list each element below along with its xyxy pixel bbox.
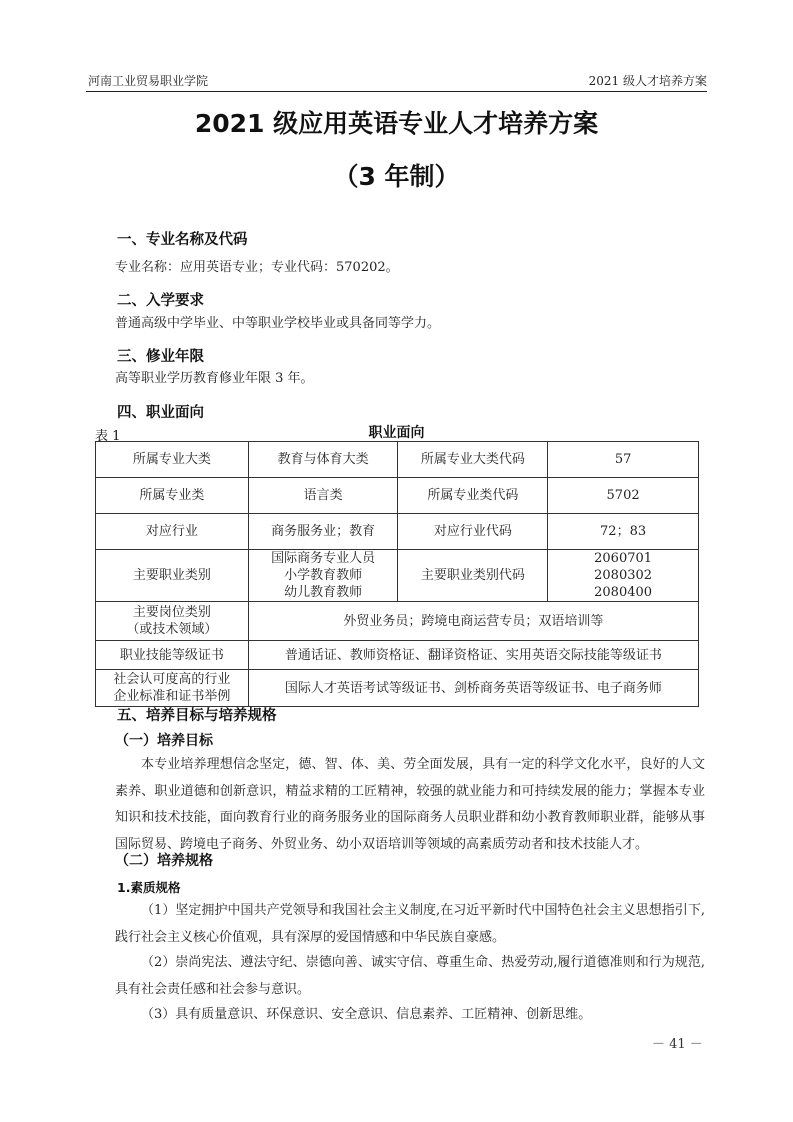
- table-cell: 对应行业代码: [398, 514, 548, 550]
- table-cell: 国际商务专业人员 小学教育教师 幼儿教育教师: [248, 550, 398, 602]
- table-cell: 所属专业类: [96, 478, 249, 514]
- table-row: 职业技能等级证书 普通话证、教师资格证、翻译资格证、实用英语交际技能等级证书: [96, 641, 699, 670]
- cell-line: 国际商务专业人员: [251, 550, 396, 567]
- table-cell: 2060701 2080302 2080400: [548, 550, 699, 602]
- running-header-right: 2021 级人才培养方案: [589, 73, 707, 89]
- document-subtitle: （3 年制）: [0, 157, 793, 193]
- cell-line: 主要岗位类别: [98, 604, 246, 621]
- table-cell: 职业技能等级证书: [96, 641, 249, 670]
- document-title: 2021 级应用英语专业人才培养方案: [0, 104, 793, 140]
- table-cell: 普通话证、教师资格证、翻译资格证、实用英语交际技能等级证书: [248, 641, 698, 670]
- section-1-text: 专业名称：应用英语专业；专业代码：570202。: [115, 260, 399, 276]
- table-cell: 国际人才英语考试等级证书、剑桥商务英语等级证书、电子商务师: [248, 670, 698, 707]
- header-rule: [86, 91, 707, 92]
- quality-spec-item-2: （2）崇尚宪法、遵法守纪、崇德向善、诚实守信、尊重生命、热爱劳动,履行道德准则和…: [115, 950, 705, 1003]
- table-row: 社会认可度高的行业 企业标准和证书举例 国际人才英语考试等级证书、剑桥商务英语等…: [96, 670, 699, 707]
- quality-spec-item-1: （1）坚定拥护中国共产党领导和我国社会主义制度,在习近平新时代中国特色社会主义思…: [115, 898, 705, 951]
- table-cell: 教育与体育大类: [248, 442, 398, 478]
- quality-spec-item-3: （3）具有质量意识、环保意识、安全意识、信息素养、工匠精神、创新思维。: [115, 1002, 705, 1029]
- section-1-heading: 一、专业名称及代码: [117, 228, 248, 249]
- section-3-text: 高等职业学历教育修业年限 3 年。: [115, 371, 314, 387]
- section-2-text: 普通高级中学毕业、中等职业学校毕业或具备同等学力。: [115, 316, 440, 332]
- table-caption: 职业面向: [0, 422, 793, 442]
- table-cell: 语言类: [248, 478, 398, 514]
- table-row: 主要岗位类别 （或技术领域） 外贸业务员；跨境电商运营专员；双语培训等: [96, 602, 699, 641]
- cell-line: 2060701: [550, 550, 696, 567]
- table-cell: 主要职业类别: [96, 550, 249, 602]
- table-row: 主要职业类别 国际商务专业人员 小学教育教师 幼儿教育教师 主要职业类别代码 2…: [96, 550, 699, 602]
- page-number: － 41 －: [652, 1033, 703, 1052]
- cell-line: 企业标准和证书举例: [98, 688, 246, 705]
- table-cell: 外贸业务员；跨境电商运营专员；双语培训等: [248, 602, 698, 641]
- table-cell: 社会认可度高的行业 企业标准和证书举例: [96, 670, 249, 707]
- training-objective-text: 本专业培养理想信念坚定，德、智、体、美、劳全面发展，具有一定的科学文化水平，良好…: [115, 752, 705, 858]
- table-cell: 商务服务业；教育: [248, 514, 398, 550]
- cell-line: 2080400: [550, 584, 696, 601]
- quality-spec-heading: 1.素质规格: [117, 878, 180, 896]
- table-cell: 72；83: [548, 514, 699, 550]
- running-header-left: 河南工业贸易职业学院: [88, 73, 208, 89]
- table-cell: 所属专业大类代码: [398, 442, 548, 478]
- occupation-table: 所属专业大类 教育与体育大类 所属专业大类代码 57 所属专业类 语言类 所属专…: [95, 441, 699, 707]
- table-cell: 57: [548, 442, 699, 478]
- table-row: 对应行业 商务服务业；教育 对应行业代码 72；83: [96, 514, 699, 550]
- section-3-heading: 三、修业年限: [117, 345, 204, 366]
- cell-line: 幼儿教育教师: [251, 584, 396, 601]
- section-2-heading: 二、入学要求: [117, 289, 204, 310]
- cell-line: 2080302: [550, 567, 696, 584]
- table-row: 所属专业大类 教育与体育大类 所属专业大类代码 57: [96, 442, 699, 478]
- subsection-2-heading: （二）培养规格: [115, 850, 213, 870]
- table-row: 所属专业类 语言类 所属专业类代码 5702: [96, 478, 699, 514]
- cell-line: 社会认可度高的行业: [98, 671, 246, 688]
- table-cell: 对应行业: [96, 514, 249, 550]
- table-cell: 主要岗位类别 （或技术领域）: [96, 602, 249, 641]
- table-cell: 所属专业大类: [96, 442, 249, 478]
- section-4-heading: 四、职业面向: [117, 401, 204, 422]
- table-cell: 主要职业类别代码: [398, 550, 548, 602]
- cell-line: 小学教育教师: [251, 567, 396, 584]
- subsection-1-heading: （一）培养目标: [115, 730, 213, 750]
- table-cell: 5702: [548, 478, 699, 514]
- cell-line: （或技术领域）: [98, 621, 246, 638]
- section-5-heading: 五、培养目标与培养规格: [117, 704, 277, 725]
- table-cell: 所属专业类代码: [398, 478, 548, 514]
